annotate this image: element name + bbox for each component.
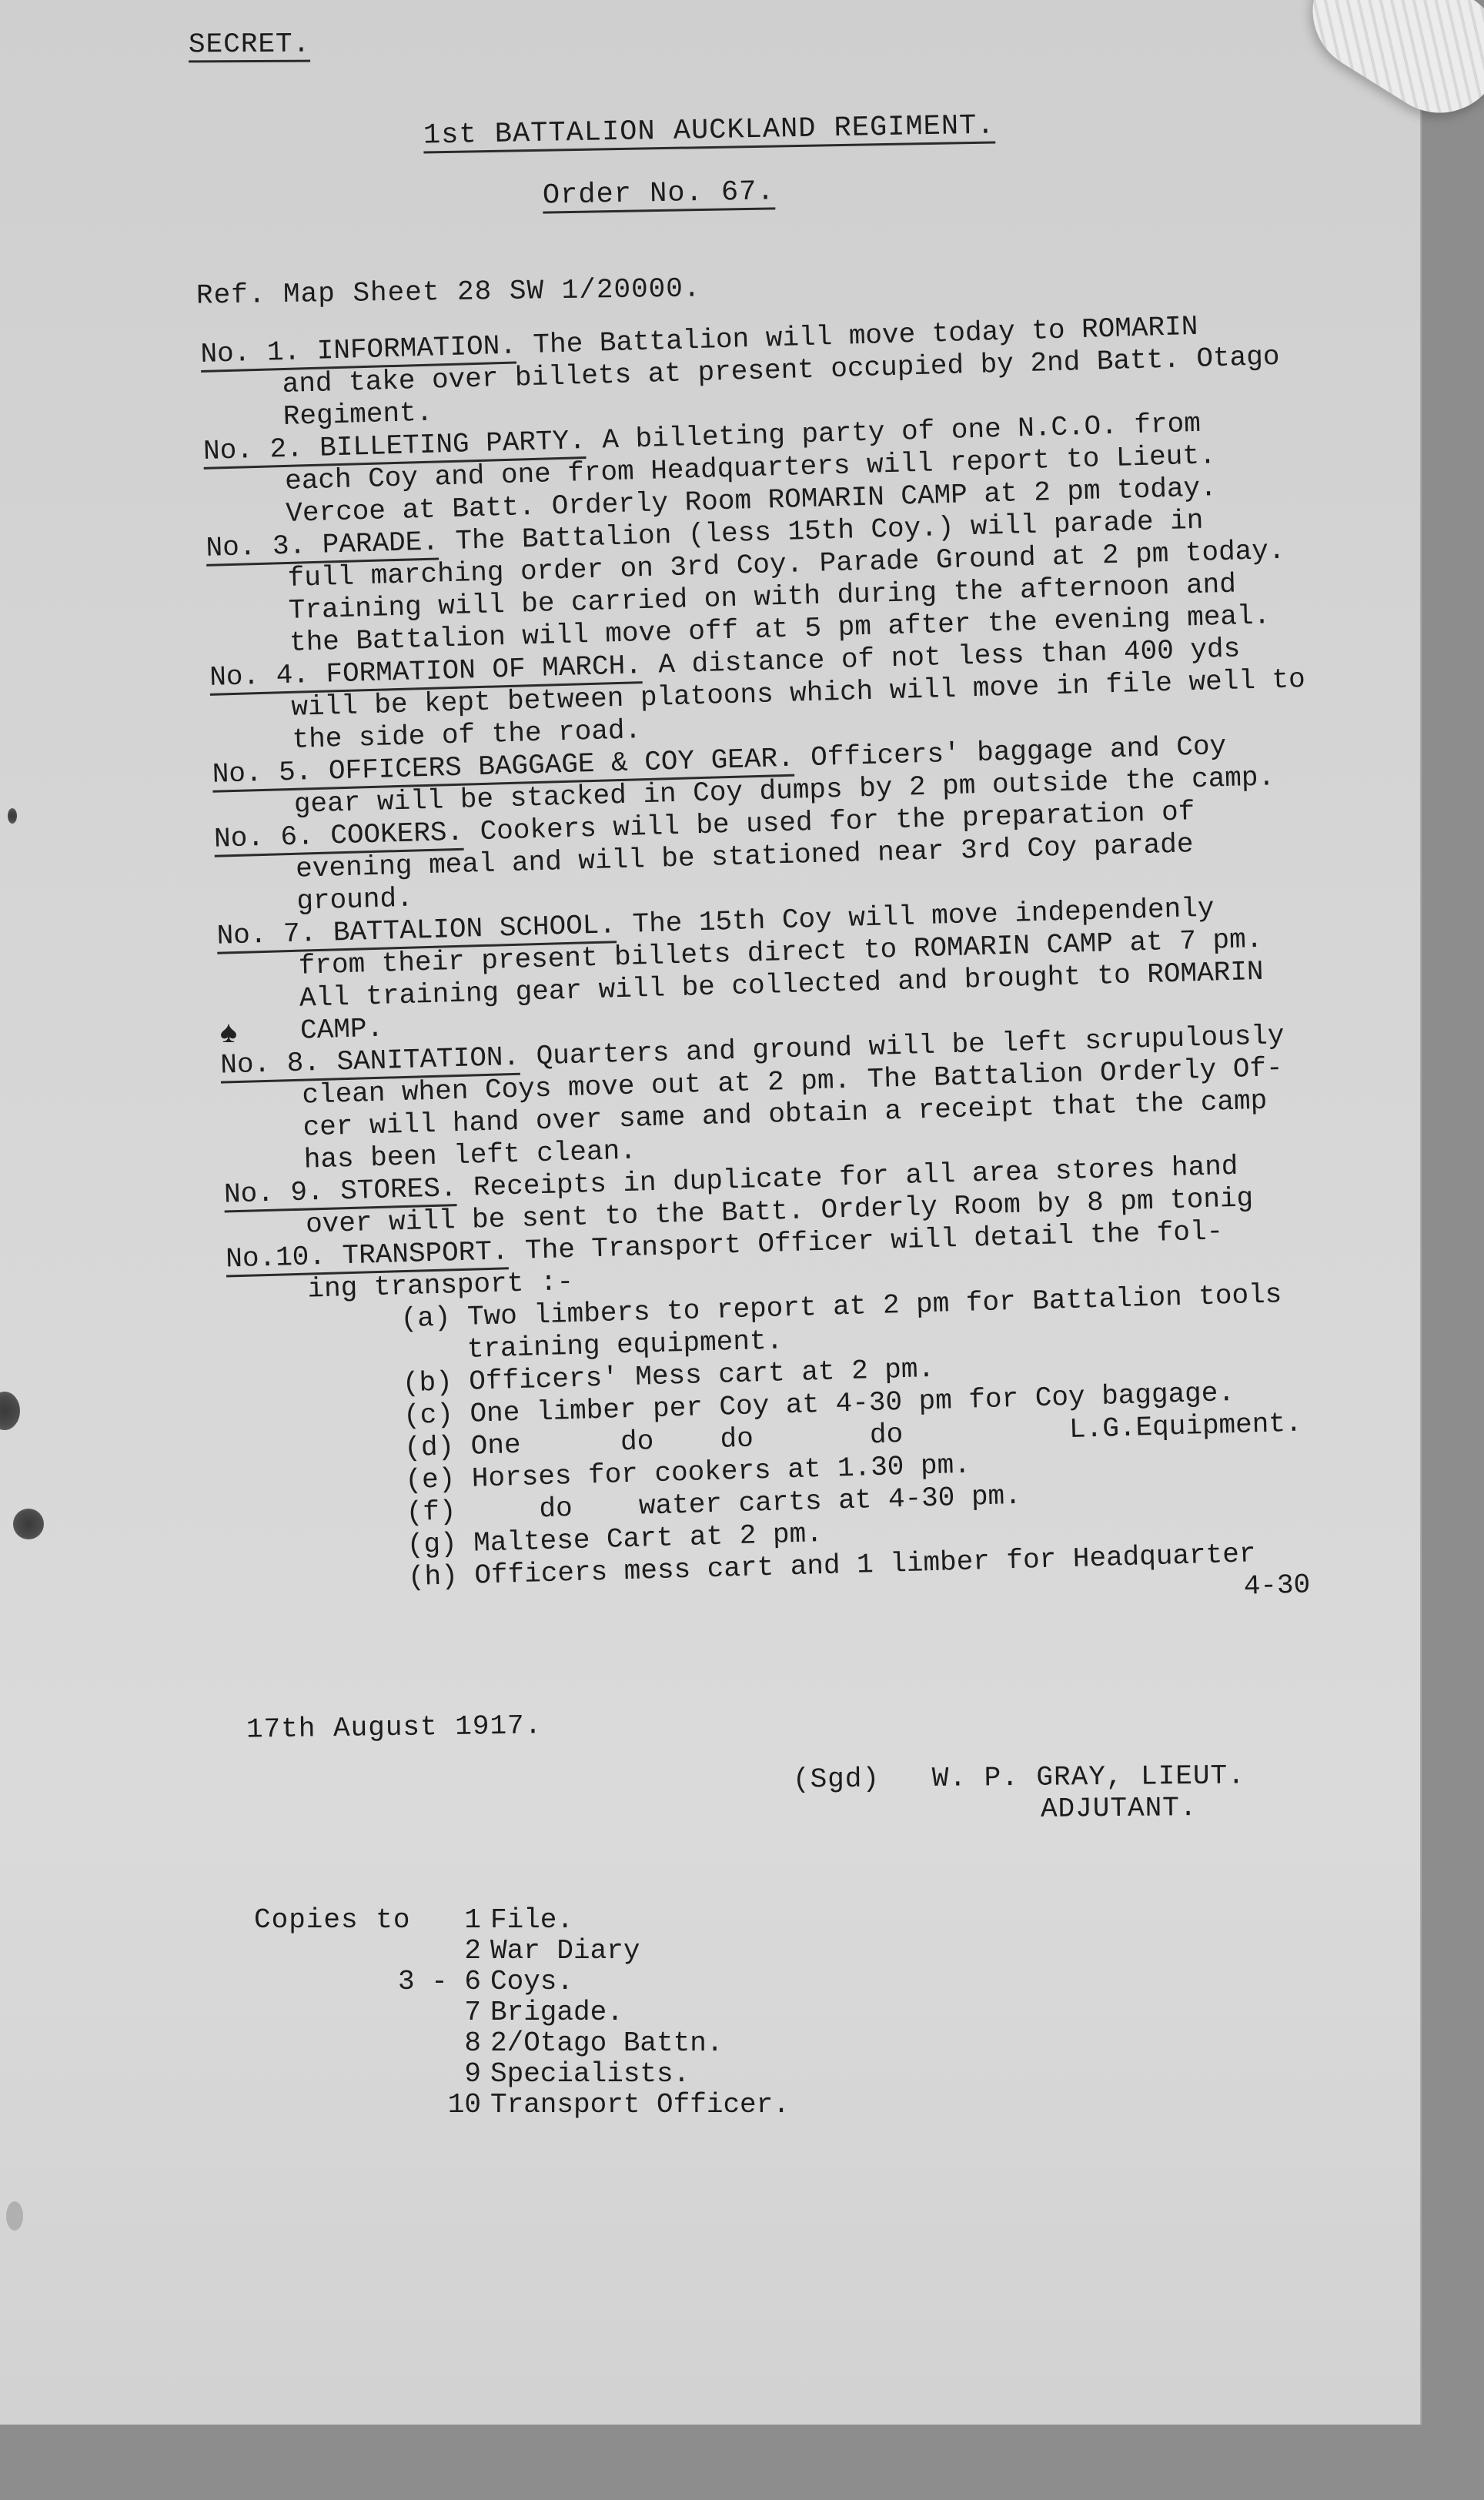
punch-hole-icon: [13, 1509, 44, 1539]
transport-list: (a) Two limbers to report at 2 pm for Ba…: [400, 1272, 1484, 1594]
map-reference: Ref. Map Sheet 28 SW 1/20000.: [196, 273, 701, 311]
distribution-item: 1File.: [354, 1905, 790, 1936]
unit-title: 1st BATTALION AUCKLAND REGIMENT.: [423, 111, 995, 154]
order-paragraphs: No. 1. INFORMATION. The Battalion will m…: [200, 303, 1484, 1632]
distribution-list: 1File. 2War Diary 3 - 6Coys. 7Brigade. 8…: [354, 1905, 790, 2121]
order-number: Order No. 67.: [543, 176, 775, 213]
document-sheet: SECRET. 1st BATTALION AUCKLAND REGIMENT.…: [0, 0, 1422, 2425]
distribution-item: 9Specialists.: [354, 2059, 790, 2090]
distribution-item: 82/Otago Battn.: [354, 2028, 790, 2059]
distribution-item: 10Transport Officer.: [354, 2090, 790, 2121]
signature-line: (Sgd) W. P. GRAY, LIEUT.: [793, 1760, 1245, 1795]
classification-label: SECRET.: [189, 29, 310, 63]
punch-hole-icon: [0, 1392, 20, 1430]
margin-ink-mark-icon: ♠: [219, 1018, 238, 1052]
distribution-item: 3 - 6Coys.: [354, 1967, 790, 1997]
distribution-item: 7Brigade.: [354, 1997, 790, 2028]
punch-hole-icon: [8, 808, 17, 824]
signature-title: ADJUTANT.: [1041, 1793, 1198, 1825]
punch-hole-icon: [6, 2201, 23, 2231]
order-date: 17th August 1917.: [246, 1710, 543, 1745]
distribution-item: 2War Diary: [354, 1936, 790, 1967]
